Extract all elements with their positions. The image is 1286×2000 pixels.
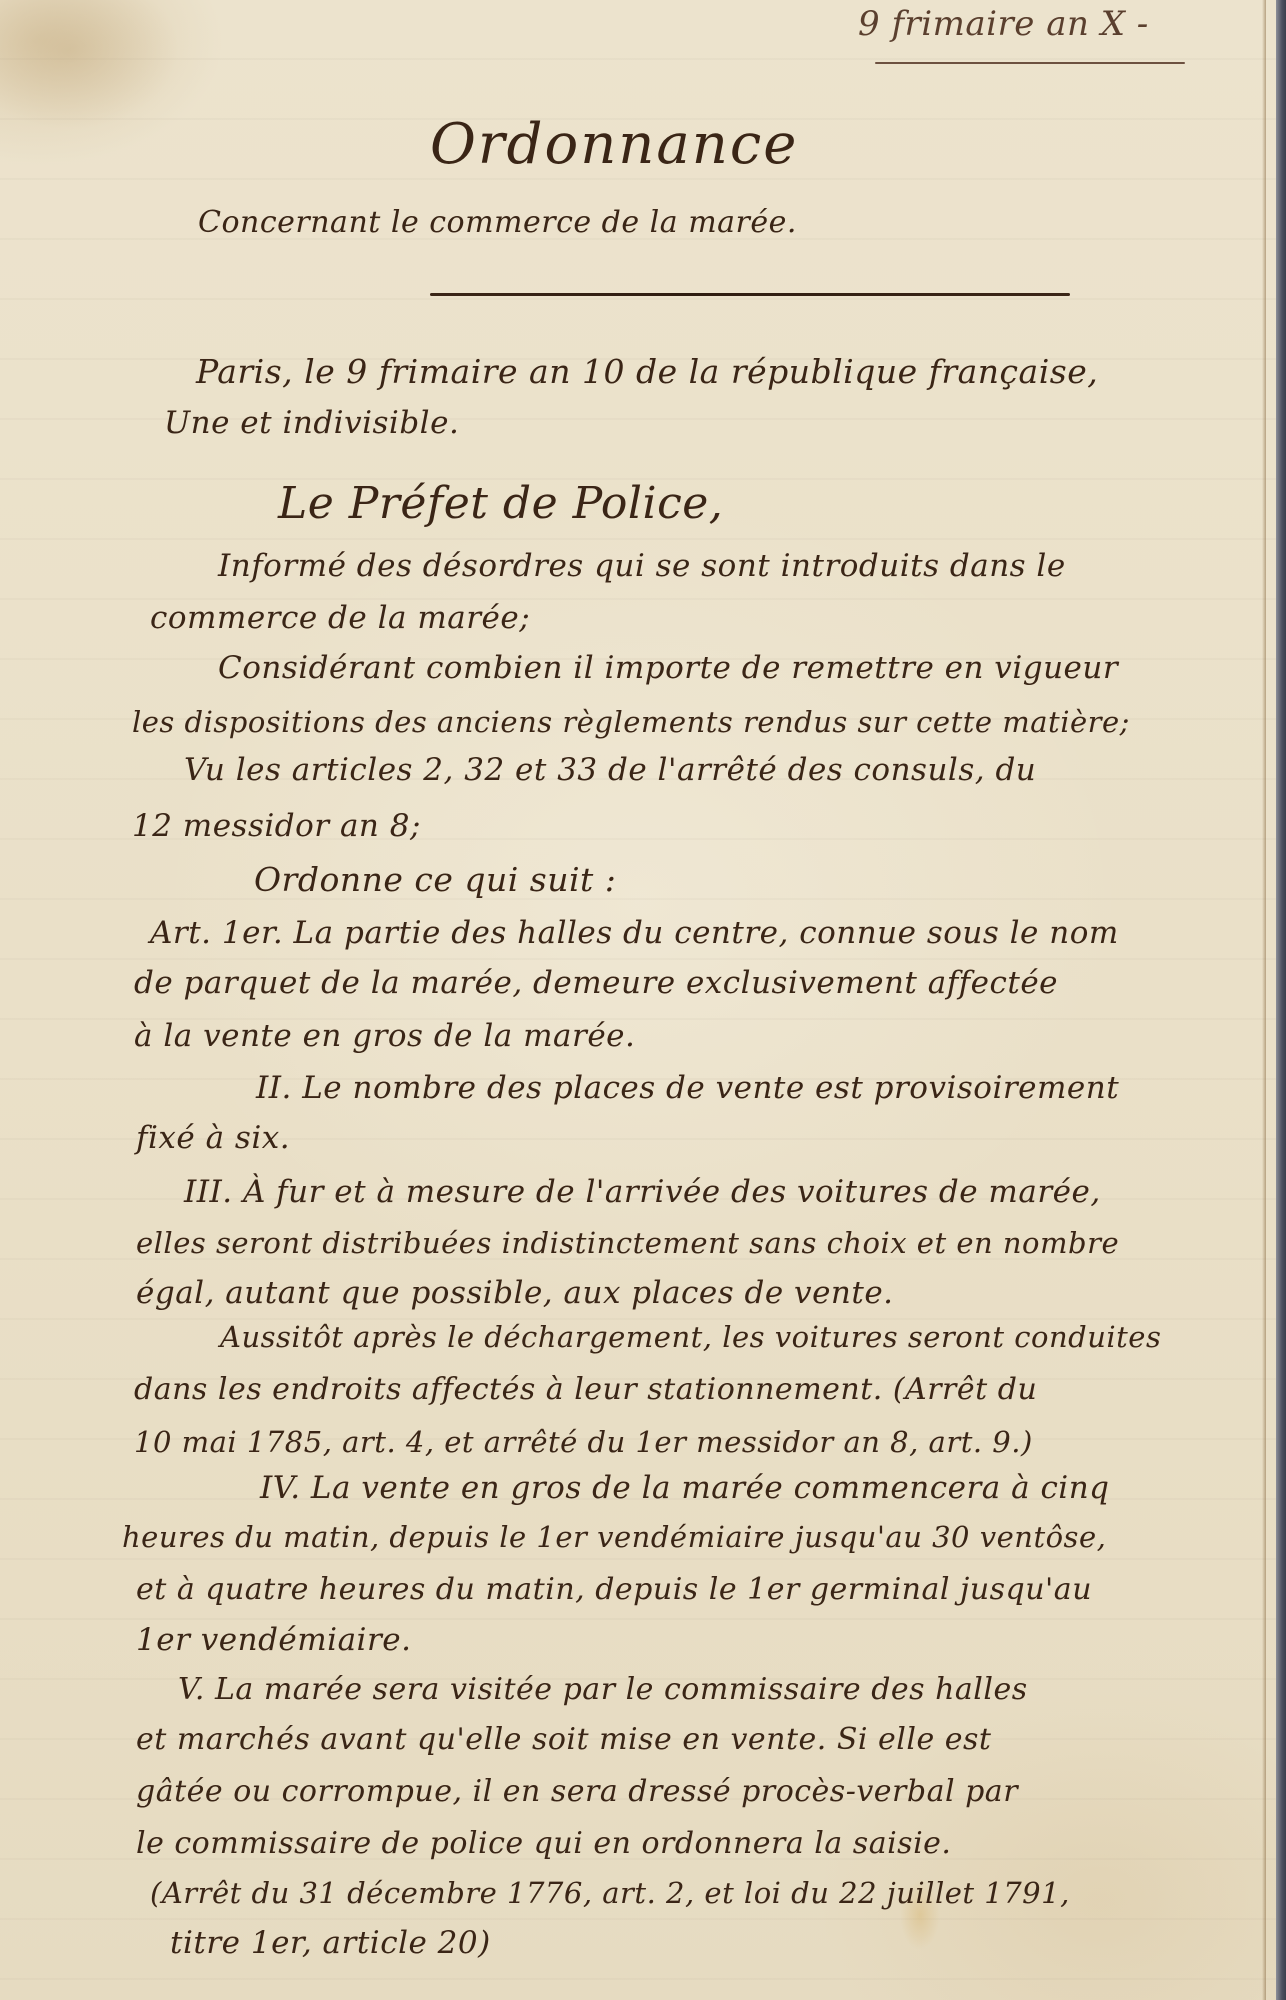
manuscript-page: 9 frimaire an X - Ordonnance Concernant … bbox=[0, 0, 1276, 2000]
article-3-line: 10 mai 1785, art. 4, et arrêté du 1er me… bbox=[134, 1425, 1033, 1459]
prefet-heading: Le Préfet de Police, bbox=[278, 478, 723, 529]
article-1-line: à la vente en gros de la marée. bbox=[134, 1018, 635, 1054]
body-line-date: Une et indivisible. bbox=[164, 405, 459, 441]
folio-date-note: 9 frimaire an X - bbox=[858, 4, 1149, 44]
article-3-line: elles seront distribuées indistinctement… bbox=[136, 1226, 1119, 1260]
title-divider bbox=[430, 293, 1070, 296]
body-line: commerce de la marée; bbox=[150, 600, 530, 636]
document-title: Ordonnance bbox=[430, 112, 798, 177]
binding-edge bbox=[1276, 0, 1286, 2000]
body-line: 12 messidor an 8; bbox=[132, 808, 421, 844]
body-line-date: Paris, le 9 frimaire an 10 de la républi… bbox=[196, 352, 1098, 391]
ordonne-heading: Ordonne ce qui suit : bbox=[254, 860, 616, 899]
article-1-line: Art. 1er. La partie des halles du centre… bbox=[150, 915, 1119, 951]
body-line: les dispositions des anciens règlements … bbox=[132, 705, 1130, 739]
article-4-line: 1er vendémiaire. bbox=[136, 1622, 411, 1658]
article-5-citation: (Arrêt du 31 décembre 1776, art. 2, et l… bbox=[150, 1876, 1070, 1910]
article-4-line: heures du matin, depuis le 1er vendémiai… bbox=[122, 1520, 1106, 1554]
article-5-line: le commissaire de police qui en ordonner… bbox=[136, 1826, 951, 1861]
article-2-line: II. Le nombre des places de vente est pr… bbox=[256, 1070, 1119, 1106]
article-5-line: et marchés avant qu'elle soit mise en ve… bbox=[136, 1722, 991, 1757]
article-5-line: gâtée ou corrompue, il en sera dressé pr… bbox=[136, 1774, 1018, 1809]
article-3-line: III. À fur et à mesure de l'arrivée des … bbox=[184, 1174, 1101, 1210]
article-3-line: égal, autant que possible, aux places de… bbox=[136, 1275, 894, 1311]
body-line: Informé des désordres qui se sont introd… bbox=[218, 548, 1066, 584]
article-4-line: IV. La vente en gros de la marée commenc… bbox=[260, 1470, 1110, 1506]
page-edge bbox=[1262, 0, 1266, 2000]
article-4-line: et à quatre heures du matin, depuis le 1… bbox=[136, 1572, 1092, 1607]
paper-stain bbox=[0, 0, 180, 130]
article-3-line: Aussitôt après le déchargement, les voit… bbox=[220, 1320, 1161, 1354]
article-2-line: fixé à six. bbox=[136, 1120, 290, 1156]
body-line: Vu les articles 2, 32 et 33 de l'arrêté … bbox=[184, 752, 1036, 788]
article-3-line: dans les endroits affectés à leur statio… bbox=[134, 1372, 1037, 1407]
folio-underline bbox=[875, 62, 1185, 64]
document-subtitle: Concernant le commerce de la marée. bbox=[198, 205, 797, 240]
body-line: Considérant combien il importe de remett… bbox=[218, 650, 1118, 686]
article-5-line: V. La marée sera visitée par le commissa… bbox=[178, 1672, 1028, 1707]
article-1-line: de parquet de la marée, demeure exclusiv… bbox=[134, 965, 1058, 1001]
article-5-citation: titre 1er, article 20) bbox=[170, 1925, 491, 1961]
